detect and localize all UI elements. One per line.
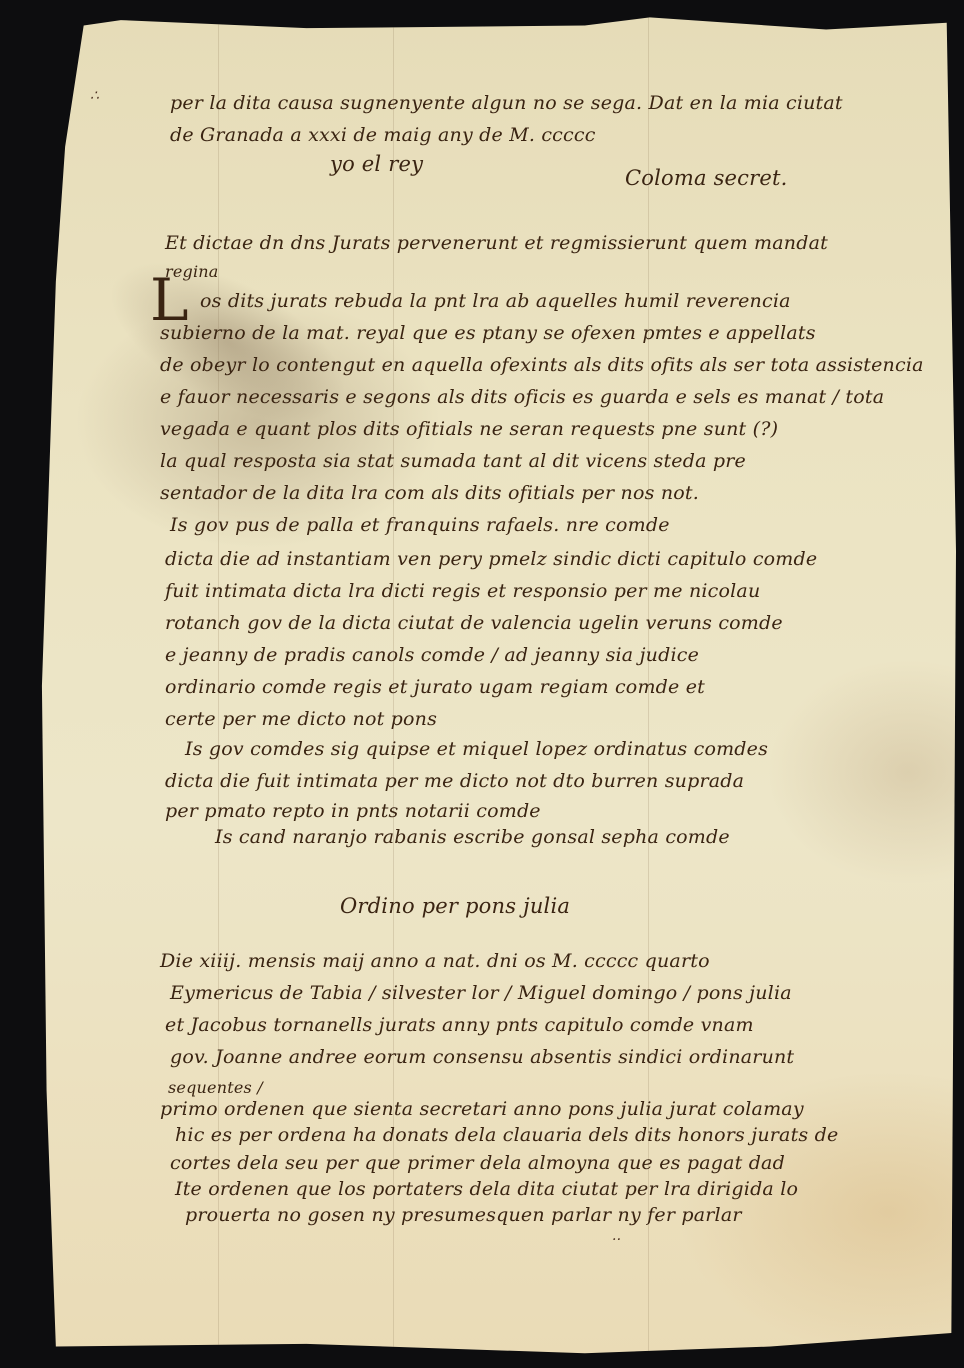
section4-line: sequentes / [168,1078,263,1097]
section3-line: Is cand naranjo rabanis escribe gonsal s… [215,826,730,848]
bottom-mark: .. [612,1228,621,1244]
signature-secretary: Coloma secret. [625,166,788,190]
section2-line: dicta die ad instantiam ven pery pmelz s… [165,548,817,570]
section2-line: certe per me dicto not pons [165,708,437,730]
section1-line: vegada e quant plos dits ofitials ne ser… [160,418,778,440]
section4-line: Eymericus de Tabia / silvester lor / Mig… [170,982,792,1004]
section1-line: e fauor necessaris e segons als dits ofi… [160,386,884,408]
signature-king: yo el rey [330,152,423,176]
section1-line: sentador de la dita lra com als dits ofi… [160,482,699,504]
section4-line: cortes dela seu per que primer dela almo… [170,1152,785,1174]
section4-line: Ite ordenen que los portaters dela dita … [175,1178,798,1200]
section2-line: e jeanny de pradis canols comde / ad jea… [165,644,699,666]
section3-line: per pmato repto in pnts notarii comde [165,800,541,822]
section2-line: fuit intimata dicta lra dicti regis et r… [165,580,760,602]
section4-line: gov. Joanne andree eorum consensu absent… [170,1046,794,1068]
section4-heading: Ordino per pons julia [340,894,570,918]
header-line-1: per la dita causa sugnenyente algun no s… [170,92,843,114]
section3-line: dicta die fuit intimata per me dicto not… [165,770,744,792]
section2-line: Is gov pus de palla et franquins rafaels… [170,514,670,536]
section1-line: os dits jurats rebuda la pnt lra ab aque… [200,290,791,312]
section3-line: Is gov comdes sig quipse et miquel lopez… [185,738,768,760]
section4-line: Die xiiij. mensis maij anno a nat. dni o… [160,950,710,972]
section4-line: et Jacobus tornanells jurats anny pnts c… [165,1014,754,1036]
section2-line: ordinario comde regis et jurato ugam reg… [165,676,705,698]
section1-opening: Et dictae dn dns Jurats pervenerunt et r… [165,232,828,254]
folio-mark: ∴ [90,88,99,104]
section2-line: rotanch gov de la dicta ciutat de valenc… [165,612,783,634]
section1-line: de obeyr lo contengut en aquella ofexint… [160,354,924,376]
section1-line: la qual resposta sia stat sumada tant al… [160,450,746,472]
header-line-2: de Granada a xxxi de maig any de M. cccc… [170,124,596,146]
section1-line: subierno de la mat. reyal que es ptany s… [160,322,816,344]
section4-line: prouerta no gosen ny presumesquen parlar… [185,1204,742,1226]
section4-line: hic es per ordena ha donats dela clauari… [175,1124,838,1146]
section4-line: primo ordenen que sienta secretari anno … [160,1098,804,1120]
